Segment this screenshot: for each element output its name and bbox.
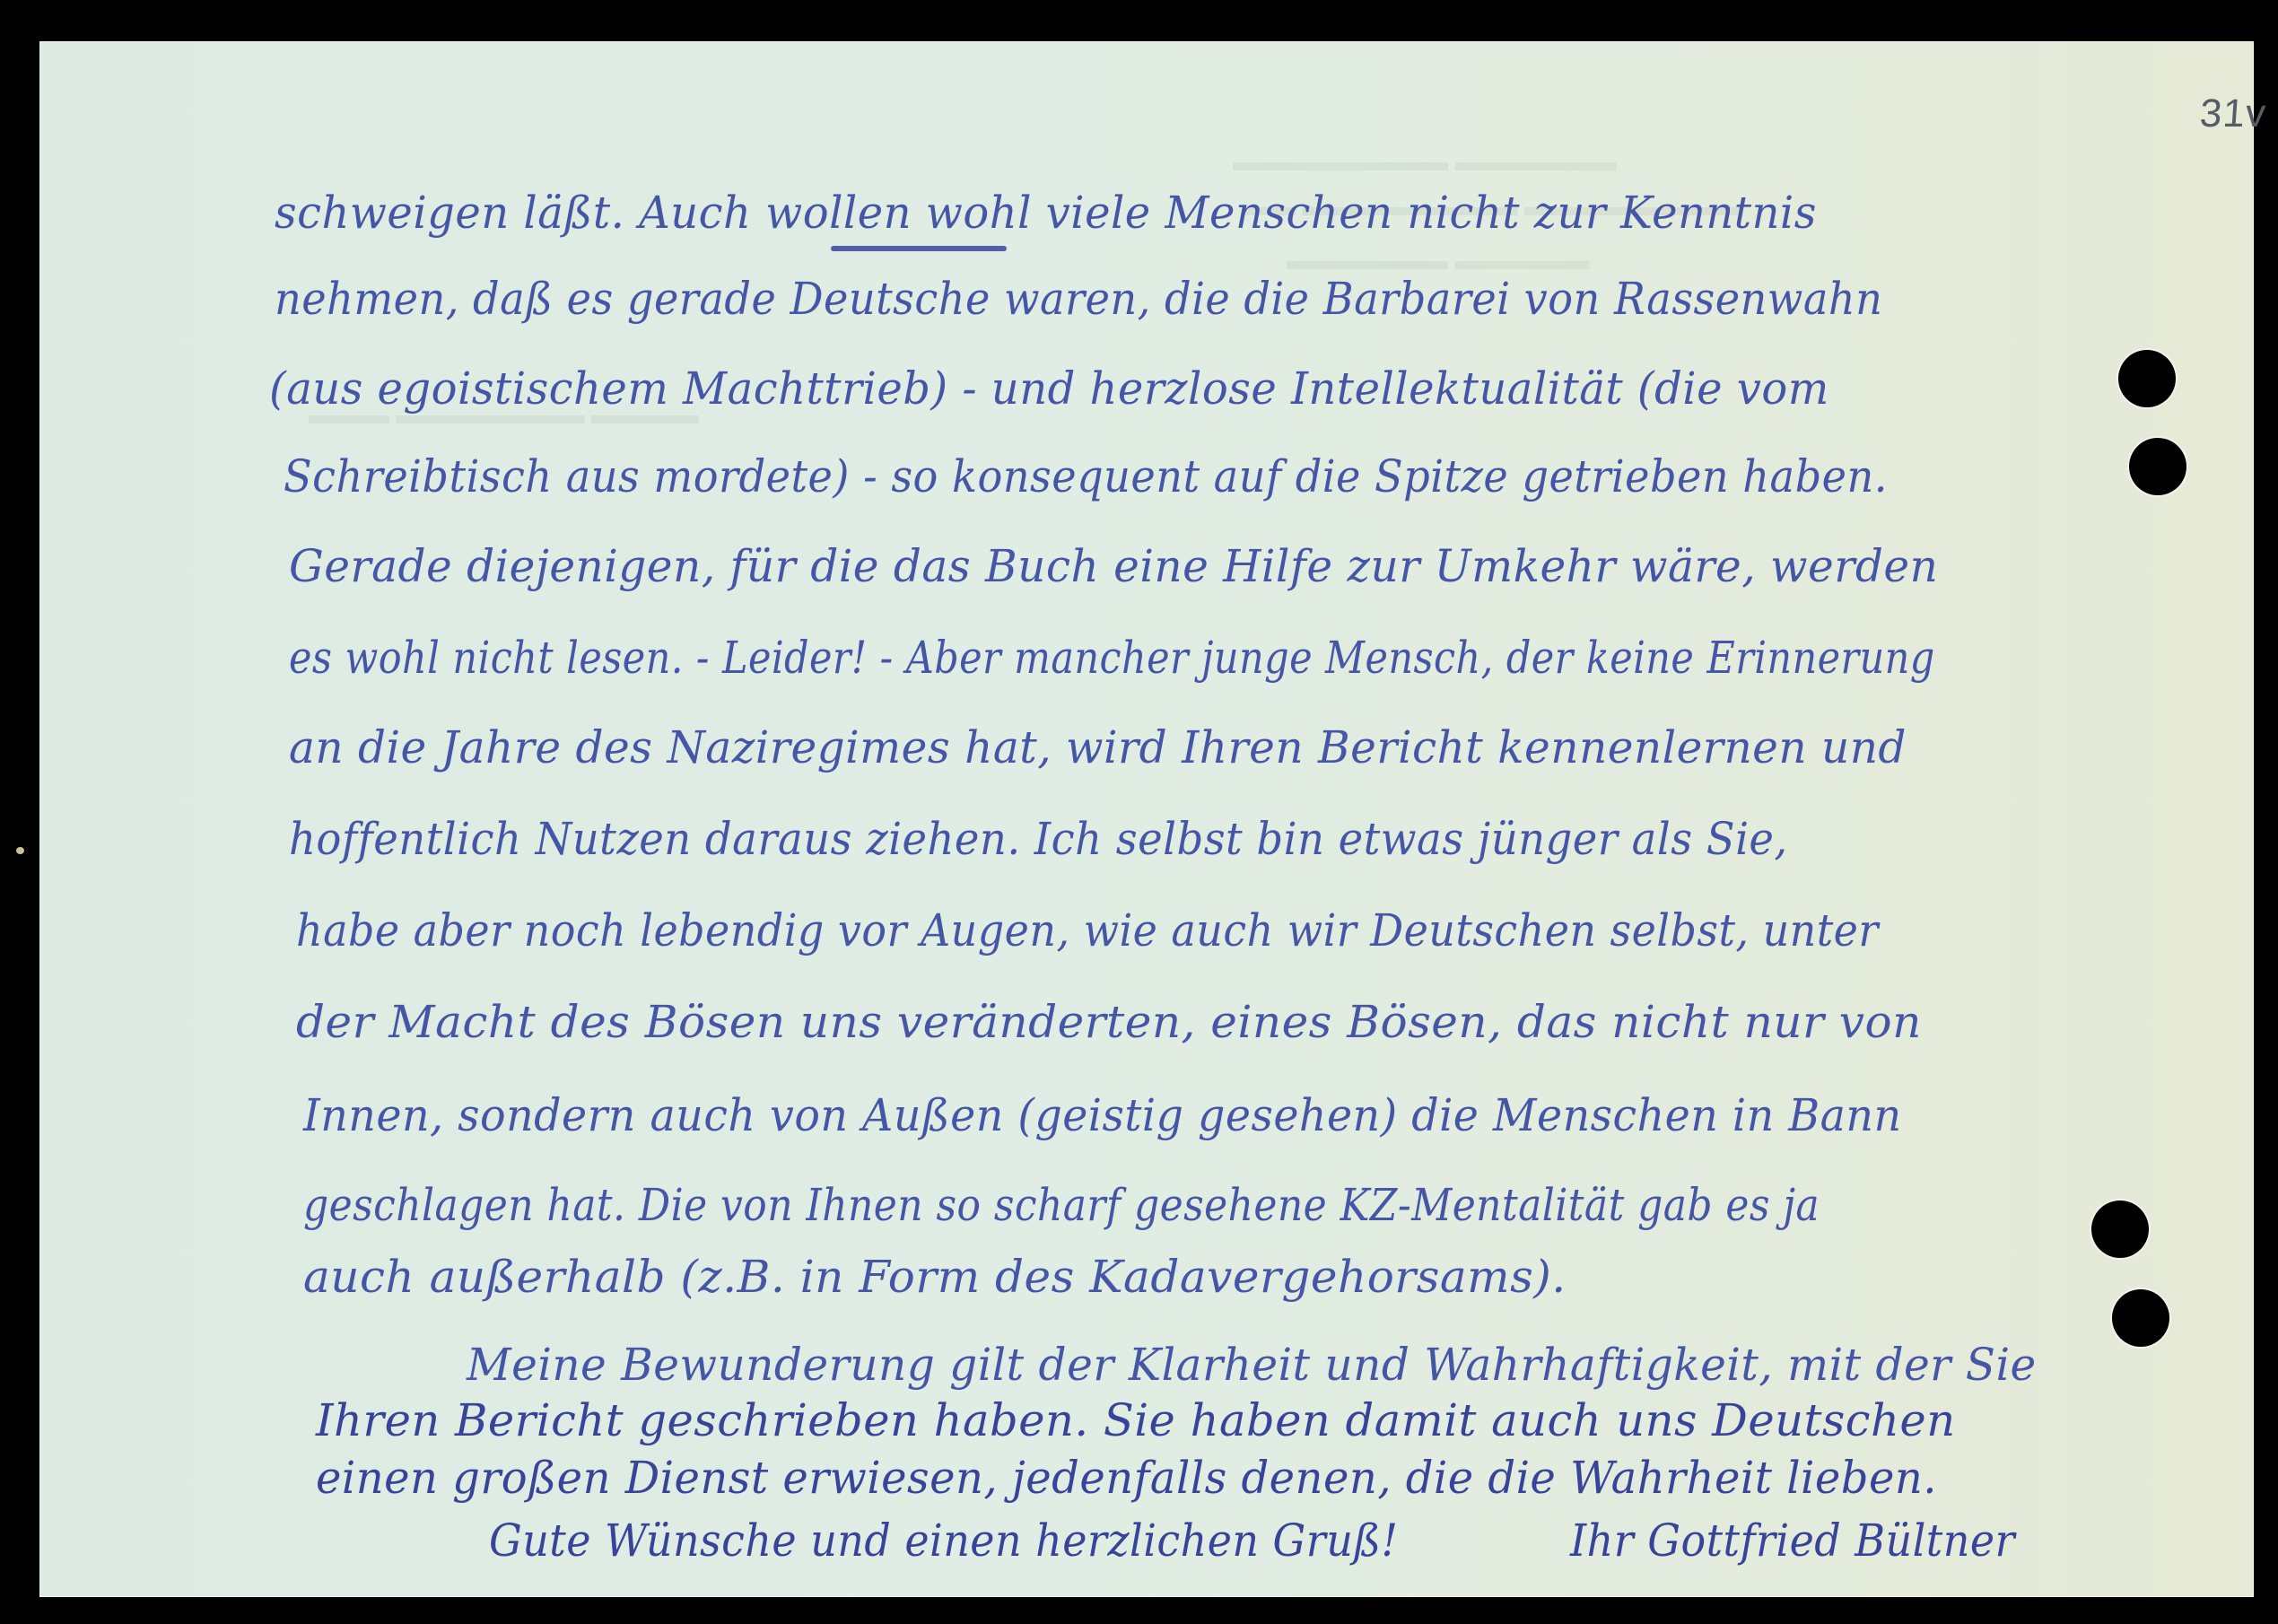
handwritten-line-8: hoffentlich Nutzen daraus ziehen. Ich se… — [289, 816, 1788, 861]
punch-hole — [2112, 1289, 2169, 1347]
handwritten-line-2: nehmen, daß es gerade Deutsche waren, di… — [275, 276, 1882, 321]
handwritten-line-10: der Macht des Bösen uns veränderten, ein… — [296, 1000, 1922, 1044]
show-through-text: ▬▬▬▬▬▬▬▬ ▬▬▬▬▬▬ — [1233, 147, 1617, 178]
scan-speck — [16, 847, 24, 854]
show-through-text: ▬▬▬▬▬▬ ▬▬▬▬▬ — [1287, 246, 1590, 276]
handwritten-line-15: Ihren Bericht geschrieben haben. Sie hab… — [316, 1398, 1956, 1443]
handwritten-line-14: Meine Bewunderung gilt der Klarheit und … — [467, 1342, 2037, 1387]
handwritten-line-12: geschlagen hat. Die von Ihnen so scharf … — [303, 1183, 1820, 1227]
handwritten-line-13: auch außerhalb (z.B. in Form des Kadaver… — [303, 1254, 1567, 1299]
handwritten-line-3: (aus egoistischem Machttrieb) - und herz… — [269, 366, 1829, 411]
handwritten-line-5: Gerade diejenigen, für die das Buch eine… — [289, 544, 1938, 589]
punch-hole — [2129, 438, 2186, 495]
punch-hole — [2118, 350, 2176, 407]
handwritten-line-16: einen großen Dienst erwiesen, jedenfalls… — [316, 1455, 1937, 1500]
signature: Ihr Gottfried Bültner — [1570, 1518, 2015, 1563]
handwritten-line-9: habe aber noch lebendig vor Augen, wie a… — [296, 908, 1879, 953]
handwritten-line-7: an die Jahre des Naziregimes hat, wird I… — [289, 725, 1907, 770]
folio-number: 31v — [2198, 92, 2267, 136]
handwritten-line-6: es wohl nicht lesen. - Leider! - Aber ma… — [289, 635, 1935, 680]
handwritten-line-4: Schreibtisch aus mordete) - so konsequen… — [284, 454, 1888, 499]
handwritten-line-17: Gute Wünsche und einen herzlichen Gruß! — [489, 1518, 1398, 1563]
handwritten-line-11: Innen, sondern auch von Außen (geistig g… — [303, 1093, 1902, 1138]
punch-hole — [2091, 1201, 2149, 1258]
handwritten-line-1: schweigen läßt. Auch wollen wohl viele M… — [275, 190, 1817, 235]
underline-mark — [831, 246, 1007, 251]
